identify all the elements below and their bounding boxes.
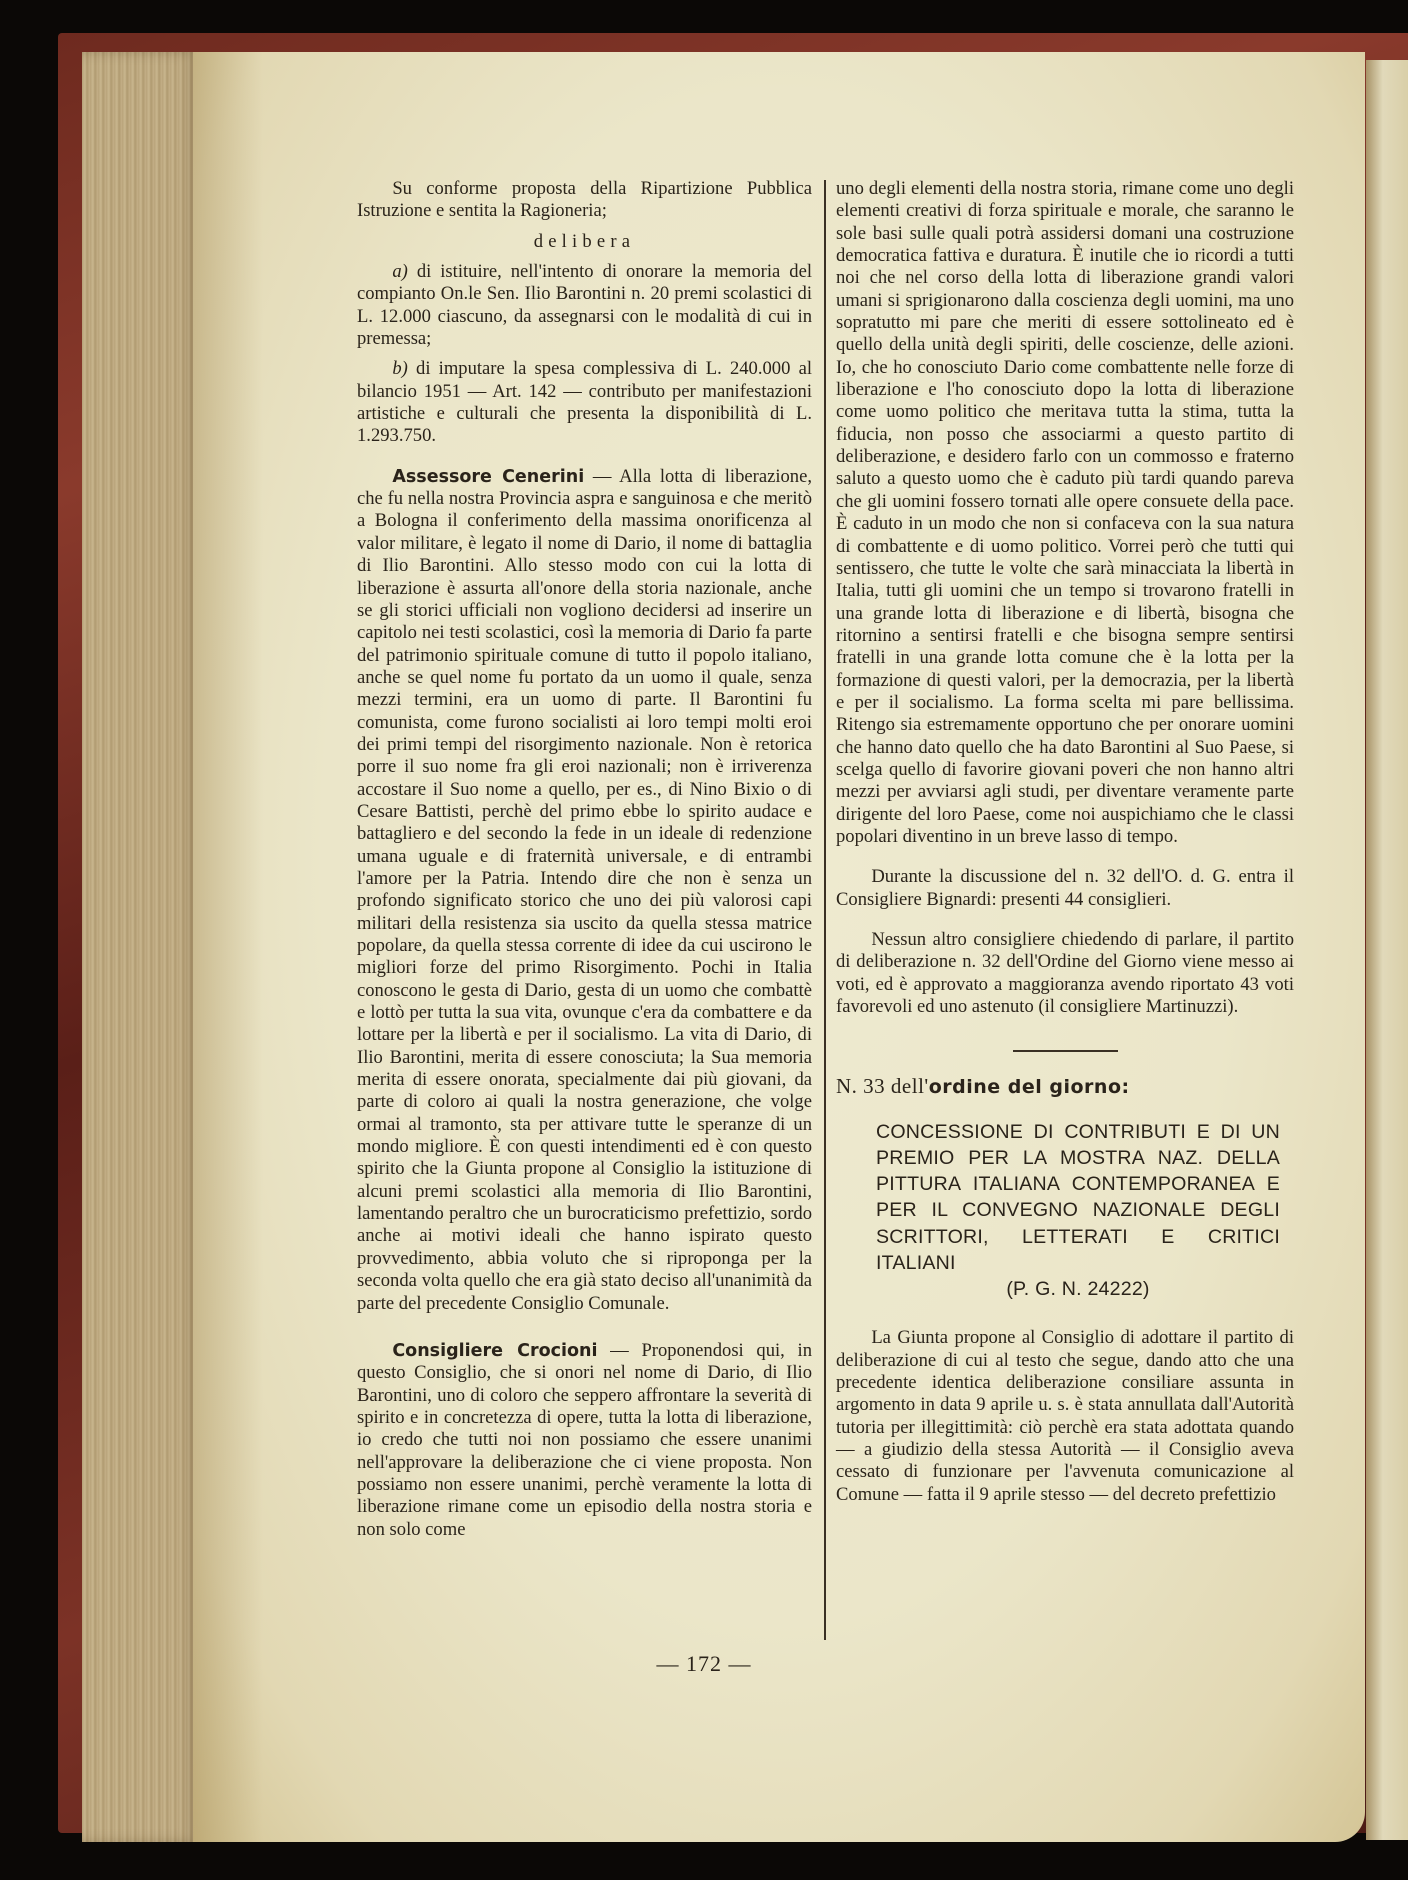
agenda-item-title: CONCESSIONE DI CONTRIBUTI E DI UN PREMIO… [876, 1119, 1280, 1302]
clause-a: a) di istituire, nell'intento di onorare… [357, 261, 812, 350]
speech-crocioni-continued: uno degli elementi della nostra storia, … [836, 178, 1294, 848]
column-divider [824, 180, 826, 1640]
giunta-proposal: La Giunta propone al Consiglio di adotta… [836, 1327, 1294, 1506]
page-edges [82, 52, 200, 1842]
speech-cenerini: Assessore Cenerini — Alla lotta di liber… [357, 466, 812, 1315]
speaker-name: Assessore Cenerini [392, 467, 584, 487]
facing-page-edge [1366, 60, 1408, 1840]
note-bignardi: Durante la discussione del n. 32 dell'O.… [836, 866, 1294, 911]
clause-a-text: di istituire, nell'intento di onorare la… [357, 261, 812, 349]
agenda-item-label: ordine del giorno: [929, 1076, 1130, 1098]
clause-b-text: di imputare la spesa complessiva di L. 2… [357, 358, 812, 446]
delibera-heading: delibera [357, 231, 812, 253]
intro-paragraph: Su conforme proposta della Ripartizione … [357, 178, 812, 223]
agenda-item-pgn: (P. G. N. 24222) [876, 1276, 1280, 1302]
speech-crocioni: Consigliere Crocioni — Proponendosi qui,… [357, 1340, 812, 1541]
left-column: Su conforme proposta della Ripartizione … [357, 178, 812, 1541]
vote-result: Nessun altro consigliere chiedendo di pa… [836, 929, 1294, 1018]
agenda-item-title-text: CONCESSIONE DI CONTRIBUTI E DI UN PREMIO… [876, 1121, 1280, 1274]
agenda-item-heading: N. 33 dell'ordine del giorno: [836, 1072, 1294, 1101]
agenda-item-number: N. 33 dell' [836, 1074, 929, 1098]
speech-text: — Alla lotta di liberazione, che fu nell… [357, 466, 812, 1314]
clause-b: b) di imputare la spesa complessiva di L… [357, 358, 812, 447]
right-column: uno degli elementi della nostra storia, … [836, 178, 1294, 1506]
speech-text: — Proponendosi qui, in questo Consiglio,… [357, 1340, 812, 1540]
page-number: — 172 — [0, 1651, 1408, 1677]
clause-b-label: b) [392, 358, 408, 379]
clause-a-label: a) [392, 261, 408, 282]
speaker-name: Consigliere Crocioni [392, 1341, 597, 1361]
section-separator [1013, 1050, 1118, 1052]
